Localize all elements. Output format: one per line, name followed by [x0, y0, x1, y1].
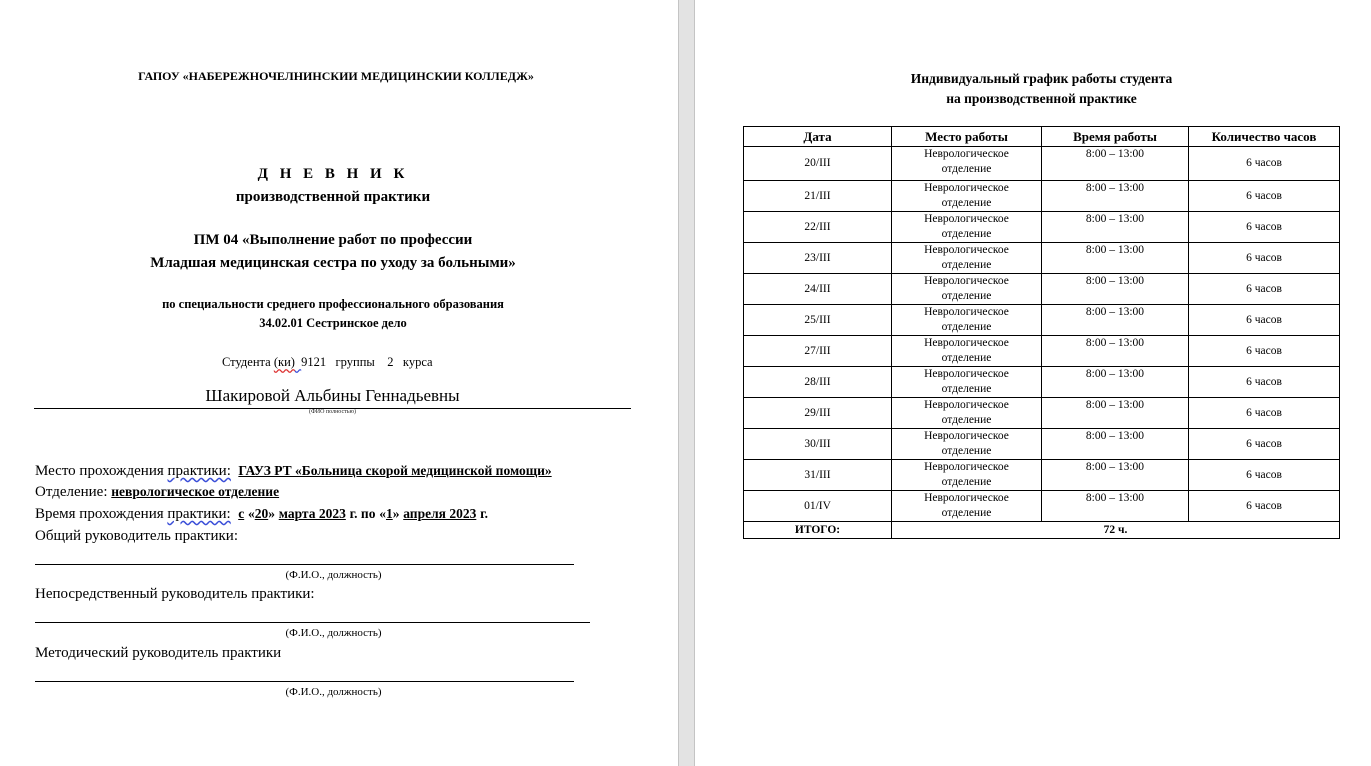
period-from-prefix: с	[238, 506, 244, 521]
schedule-title-line1: Индивидуальный график работы студента	[695, 71, 1371, 87]
cell-place: Неврологическоеотделение	[892, 305, 1042, 336]
practice-place-line: Место прохождения практики: ГАУЗ РТ «Бол…	[35, 463, 552, 480]
diary-title: Д Н Е В Н И К	[0, 166, 666, 183]
period-to-day: 1	[386, 506, 393, 521]
practice-place-label: Место прохождения	[35, 463, 168, 479]
full-name-caption: (ФИО полностью)	[34, 409, 631, 415]
cell-hours: 6 часов	[1189, 274, 1340, 305]
cell-place: Неврологическоеотделение	[892, 336, 1042, 367]
table-row: 23/IIIНеврологическоеотделение8:00 – 13:…	[744, 243, 1340, 274]
cell-place-line2: отделение	[892, 382, 1041, 397]
period-end: г.	[480, 506, 488, 521]
general-supervisor-caption: (Ф.И.О., должность)	[35, 569, 632, 581]
page-separator	[678, 0, 695, 766]
cell-place-line2: отделение	[892, 320, 1041, 335]
cell-hours: 6 часов	[1189, 398, 1340, 429]
cell-place: Неврологическоеотделение	[892, 147, 1042, 181]
table-row: 29/IIIНеврологическоеотделение8:00 – 13:…	[744, 398, 1340, 429]
practice-place-value: ГАУЗ РТ «Больница скорой медицинской пом…	[238, 463, 551, 478]
spellcheck-marked-text[interactable]: (ки)	[274, 355, 295, 369]
cell-date: 23/III	[744, 243, 892, 274]
cell-place: Неврологическоеотделение	[892, 460, 1042, 491]
cell-hours: 6 часов	[1189, 491, 1340, 522]
cell-time: 8:00 – 13:00	[1042, 181, 1189, 212]
period-to-month-year: апреля 2023	[403, 506, 476, 521]
table-row: 01/IVНеврологическоеотделение8:00 – 13:0…	[744, 491, 1340, 522]
cell-date: 01/IV	[744, 491, 892, 522]
cell-hours: 6 часов	[1189, 367, 1340, 398]
cell-place-line1: Неврологическое	[892, 212, 1041, 227]
cell-place: Неврологическоеотделение	[892, 367, 1042, 398]
cell-place-line1: Неврологическое	[892, 243, 1041, 258]
table-row: 31/IIIНеврологическоеотделение8:00 – 13:…	[744, 460, 1340, 491]
cell-place-line2: отделение	[892, 258, 1041, 273]
work-schedule-table: Дата Место работы Время работы Количеств…	[743, 126, 1340, 539]
methodical-supervisor-signature-line	[35, 681, 574, 682]
table-row: 24/IIIНеврологическоеотделение8:00 – 13:…	[744, 274, 1340, 305]
period-from-month-year: марта 2023	[279, 506, 346, 521]
grammar-marked-text[interactable]: практики:	[168, 463, 231, 479]
module-title-line1: ПМ 04 «Выполнение работ по профессии	[0, 232, 666, 249]
table-row: 22/IIIНеврологическоеотделение8:00 – 13:…	[744, 212, 1340, 243]
cell-time: 8:00 – 13:00	[1042, 367, 1189, 398]
direct-supervisor-caption: (Ф.И.О., должность)	[35, 627, 632, 639]
cell-place-line2: отделение	[892, 444, 1041, 459]
department-label: Отделение:	[35, 484, 111, 500]
cell-place: Неврологическоеотделение	[892, 398, 1042, 429]
course-number: 2	[387, 355, 393, 369]
student-prefix: Студента	[222, 355, 274, 369]
cell-place-line1: Неврологическое	[892, 181, 1041, 196]
cell-time: 8:00 – 13:00	[1042, 147, 1189, 181]
methodical-supervisor-caption: (Ф.И.О., должность)	[35, 686, 632, 698]
methodical-supervisor-label: Методический руководитель практики	[35, 645, 281, 662]
cell-time: 8:00 – 13:00	[1042, 460, 1189, 491]
module-title-line2: Младшая медицинская сестра по уходу за б…	[0, 255, 666, 272]
cell-date: 28/III	[744, 367, 892, 398]
table-row: 30/IIIНеврологическоеотделение8:00 – 13:…	[744, 429, 1340, 460]
college-name: ГАПОУ «НАБЕРЕЖНОЧЕЛНИНСКИИ МЕДИЦИНСКИИ К…	[0, 69, 672, 84]
cell-place-line1: Неврологическое	[892, 460, 1041, 475]
direct-supervisor-label: Непосредственный руководитель практики:	[35, 586, 315, 603]
cell-hours: 6 часов	[1189, 147, 1340, 181]
cell-date: 20/III	[744, 147, 892, 181]
cell-time: 8:00 – 13:00	[1042, 243, 1189, 274]
cell-time: 8:00 – 13:00	[1042, 305, 1189, 336]
cell-place-line2: отделение	[892, 475, 1041, 490]
document-page-left: ГАПОУ «НАБЕРЕЖНОЧЕЛНИНСКИИ МЕДИЦИНСКИИ К…	[0, 0, 678, 766]
cell-time: 8:00 – 13:00	[1042, 274, 1189, 305]
table-row: 20/IIIНеврологическоеотделение8:00 – 13:…	[744, 147, 1340, 181]
cell-place-line1: Неврологическое	[892, 336, 1041, 351]
direct-supervisor-signature-line	[35, 622, 590, 623]
schedule-title-line2: на производственной практике	[695, 91, 1371, 107]
cell-date: 21/III	[744, 181, 892, 212]
cell-place-line2: отделение	[892, 162, 1041, 177]
period-separator: г. по	[350, 506, 376, 521]
department-line: Отделение: неврологическое отделение	[35, 484, 279, 501]
practice-period-line: Время прохождения практики: с «20» марта…	[35, 506, 488, 523]
cell-date: 27/III	[744, 336, 892, 367]
cell-place: Неврологическоеотделение	[892, 274, 1042, 305]
cell-hours: 6 часов	[1189, 336, 1340, 367]
column-header-hours: Количество часов	[1189, 127, 1340, 147]
cell-date: 22/III	[744, 212, 892, 243]
cell-place-line2: отделение	[892, 506, 1041, 521]
cell-hours: 6 часов	[1189, 305, 1340, 336]
general-supervisor-signature-line	[35, 564, 574, 565]
total-value: 72 ч.	[892, 522, 1340, 539]
specialty-line2: 34.02.01 Сестринское дело	[0, 316, 666, 331]
total-label: ИТОГО:	[744, 522, 892, 539]
cell-place: Неврологическоеотделение	[892, 243, 1042, 274]
cell-place-line1: Неврологическое	[892, 398, 1041, 413]
cell-place-line2: отделение	[892, 289, 1041, 304]
cell-place-line1: Неврологическое	[892, 305, 1041, 320]
department-value: неврологическое отделение	[111, 484, 279, 499]
cell-place-line2: отделение	[892, 351, 1041, 366]
grammar-marked-text[interactable]: практики:	[167, 506, 230, 522]
period-from-day: 20	[255, 506, 269, 521]
course-label: курса	[403, 355, 433, 369]
cell-hours: 6 часов	[1189, 243, 1340, 274]
cell-place: Неврологическоеотделение	[892, 212, 1042, 243]
cell-hours: 6 часов	[1189, 212, 1340, 243]
cell-date: 24/III	[744, 274, 892, 305]
cell-place-line2: отделение	[892, 196, 1041, 211]
practice-period-label: Время прохождения	[35, 506, 167, 522]
cell-place-line1: Неврологическое	[892, 147, 1041, 162]
general-supervisor-label: Общий руководитель практики:	[35, 528, 238, 545]
student-full-name: Шакировой Альбины Геннадьевны	[34, 386, 631, 406]
cell-place-line1: Неврологическое	[892, 429, 1041, 444]
cell-date: 31/III	[744, 460, 892, 491]
table-row: 21/IIIНеврологическоеотделение8:00 – 13:…	[744, 181, 1340, 212]
cell-hours: 6 часов	[1189, 429, 1340, 460]
cell-place: Неврологическоеотделение	[892, 181, 1042, 212]
cell-time: 8:00 – 13:00	[1042, 336, 1189, 367]
table-row: 28/IIIНеврологическоеотделение8:00 – 13:…	[744, 367, 1340, 398]
diary-subtitle: производственной практики	[0, 189, 666, 206]
table-row: 25/IIIНеврологическоеотделение8:00 – 13:…	[744, 305, 1340, 336]
column-header-place: Место работы	[892, 127, 1042, 147]
table-row: 27/IIIНеврологическоеотделение8:00 – 13:…	[744, 336, 1340, 367]
cell-date: 25/III	[744, 305, 892, 336]
column-header-time: Время работы	[1042, 127, 1189, 147]
cell-place: Неврологическоеотделение	[892, 491, 1042, 522]
cell-hours: 6 часов	[1189, 460, 1340, 491]
cell-time: 8:00 – 13:00	[1042, 212, 1189, 243]
column-header-date: Дата	[744, 127, 892, 147]
cell-time: 8:00 – 13:00	[1042, 398, 1189, 429]
cell-time: 8:00 – 13:00	[1042, 491, 1189, 522]
cell-place-line1: Неврологическое	[892, 274, 1041, 289]
cell-place: Неврологическоеотделение	[892, 429, 1042, 460]
specialty-line1: по специальности среднего профессиональн…	[0, 297, 666, 312]
cell-place-line1: Неврологическое	[892, 491, 1041, 506]
table-total-row: ИТОГО: 72 ч.	[744, 522, 1340, 539]
cell-hours: 6 часов	[1189, 181, 1340, 212]
table-header-row: Дата Место работы Время работы Количеств…	[744, 127, 1340, 147]
group-label: группы	[336, 355, 375, 369]
student-group-line: Студента (ки) 9121 группы 2 курса	[222, 355, 433, 370]
group-number: 9121	[301, 355, 326, 369]
cell-place-line2: отделение	[892, 227, 1041, 242]
cell-date: 29/III	[744, 398, 892, 429]
cell-place-line2: отделение	[892, 413, 1041, 428]
cell-place-line1: Неврологическое	[892, 367, 1041, 382]
cell-date: 30/III	[744, 429, 892, 460]
cell-time: 8:00 – 13:00	[1042, 429, 1189, 460]
